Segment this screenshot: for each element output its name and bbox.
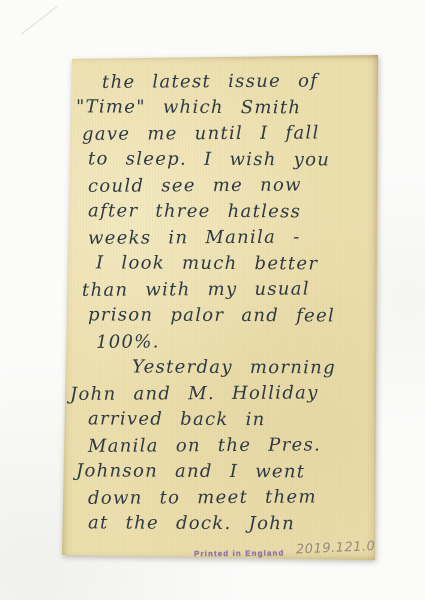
- letter-line: Manila on the Pres.: [88, 432, 370, 460]
- letter-line: "Time" which Smith: [76, 94, 370, 121]
- letter-line: at the dock. John: [88, 510, 370, 537]
- letter-line: prison palor and feel: [88, 302, 370, 329]
- foxing-spot: [65, 101, 69, 105]
- letter-line: gave me until I fall: [82, 120, 370, 148]
- scanned-letter-background: the latest issue of "Time" which Smith g…: [0, 0, 425, 600]
- letter-line: could see me now: [88, 172, 370, 200]
- accession-number: 2019.121.0782a: [296, 538, 409, 560]
- letter-body: the latest issue of "Time" which Smith g…: [62, 55, 378, 537]
- letter-line: Yesterday morning: [132, 354, 370, 381]
- foxing-spot: [63, 144, 66, 148]
- letter-line: down to meet them: [88, 484, 370, 512]
- letter-line: John and M. Holliday: [70, 380, 370, 408]
- letter-line: arrived back in: [88, 406, 370, 433]
- letter-page: the latest issue of "Time" which Smith g…: [62, 55, 378, 561]
- letter-line: than with my usual: [82, 276, 370, 304]
- letter-line: 100%.: [96, 328, 370, 356]
- letter-line: to sleep. I wish you: [88, 146, 370, 173]
- letter-line: I look much better: [96, 250, 370, 277]
- letter-line: weeks in Manila -: [88, 224, 370, 252]
- letter-line: Johnson and I went: [76, 458, 370, 485]
- scanner-scratch-mark: [21, 6, 58, 35]
- letter-line: the latest issue of: [102, 68, 370, 96]
- printed-in-england-stamp: Printed in England: [194, 549, 285, 559]
- paper-shadow-wrapper: the latest issue of "Time" which Smith g…: [62, 55, 378, 561]
- accession-number-suffix: a: [403, 545, 409, 555]
- accession-number-value: 2019.121.0782: [296, 538, 402, 558]
- letter-line: after three hatless: [88, 198, 370, 225]
